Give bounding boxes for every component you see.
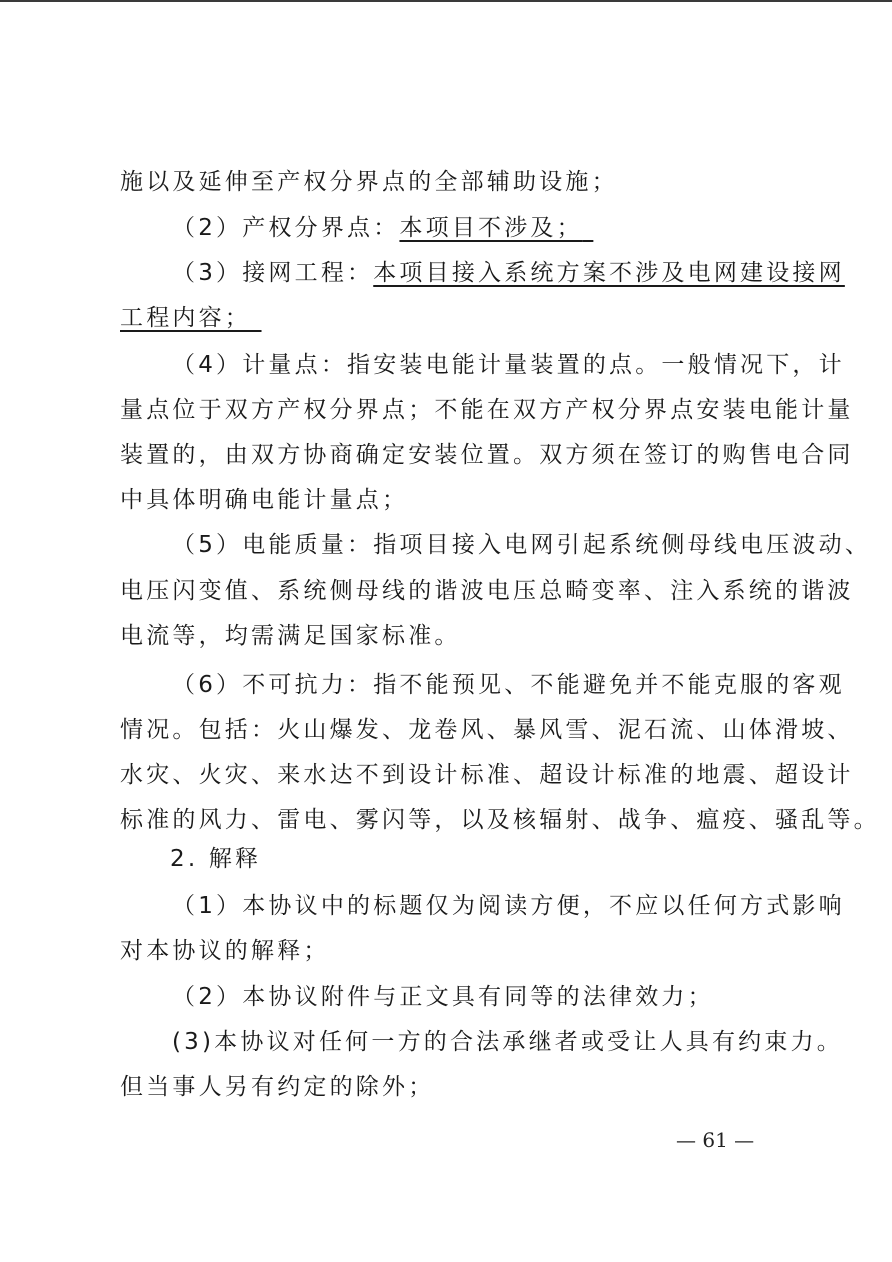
definition-grid-connection: （3）接网工程：本项目接入系统方案不涉及电网建设接网 [172, 253, 845, 293]
interpretation-item-3: (3)本协议对任何一方的合法承继者或受让人具有约束力。 [172, 1022, 843, 1062]
text: 量点位于双方产权分界点；不能在双方产权分界点安装电能计量 [120, 397, 854, 423]
paragraph-line: 电流等，均需满足国家标准。 [120, 616, 461, 656]
text: 电压闪变值、系统侧母线的谐波电压总畸变率、注入系统的谐波 [120, 578, 854, 604]
text: （4）计量点：指安装电能计量装置的点。一般情况下，计 [172, 352, 845, 378]
paragraph-line: 电压闪变值、系统侧母线的谐波电压总畸变率、注入系统的谐波 [120, 571, 854, 611]
paragraph-line: 施以及延伸至产权分界点的全部辅助设施； [120, 162, 618, 202]
filled-blank-value: 本项目不涉及； [399, 215, 582, 241]
blank-underline-padding [251, 305, 262, 331]
text: 中具体明确电能计量点； [120, 487, 408, 513]
text: （5）电能质量：指项目接入电网引起系统侧母线电压波动、 [172, 532, 871, 558]
text: 施以及延伸至产权分界点的全部辅助设施； [120, 169, 618, 195]
paragraph-line: 对本协议的解释； [120, 931, 330, 971]
section-heading-interpretation: 2. 解释 [170, 839, 261, 879]
definition-power-quality: （5）电能质量：指项目接入电网引起系统侧母线电压波动、 [172, 525, 871, 565]
definition-term: （2）产权分界点： [172, 215, 399, 241]
text: 电流等，均需满足国家标准。 [120, 623, 461, 649]
definition-metering-point: （4）计量点：指安装电能计量装置的点。一般情况下，计 [172, 345, 845, 385]
paragraph-line: 标准的风力、雷电、雾闪等，以及核辐射、战争、瘟疫、骚乱等。 [120, 800, 880, 840]
text: (3)本协议对任何一方的合法承继者或受让人具有约束力。 [172, 1029, 843, 1055]
filled-blank-value: 工程内容； [120, 305, 251, 331]
text: 标准的风力、雷电、雾闪等，以及核辐射、战争、瘟疫、骚乱等。 [120, 807, 880, 833]
interpretation-item-2: （2）本协议附件与正文具有同等的法律效力； [172, 977, 714, 1017]
paragraph-line: 水灾、火灾、来水达不到设计标准、超设计标准的地震、超设计 [120, 755, 854, 795]
paragraph-line: 装置的，由双方协商确定安装位置。双方须在签订的购售电合同 [120, 435, 854, 475]
text: （1）本协议中的标题仅为阅读方便，不应以任何方式影响 [172, 893, 845, 919]
heading-text: 2. 解释 [170, 846, 261, 872]
blank-underline-padding [583, 215, 594, 241]
text: 对本协议的解释； [120, 938, 330, 964]
text: 情况。包括：火山爆发、龙卷风、暴风雪、泥石流、山体滑坡、 [120, 717, 854, 743]
filled-blank-value: 本项目接入系统方案不涉及电网建设接网 [373, 260, 845, 286]
paragraph-line: 量点位于双方产权分界点；不能在双方产权分界点安装电能计量 [120, 390, 854, 430]
definition-property-boundary: （2）产权分界点：本项目不涉及； [172, 208, 593, 248]
interpretation-item-1: （1）本协议中的标题仅为阅读方便，不应以任何方式影响 [172, 886, 845, 926]
definition-term: （3）接网工程： [172, 260, 373, 286]
text: 装置的，由双方协商确定安装位置。双方须在签订的购售电合同 [120, 442, 854, 468]
page-number: — 61 — [676, 1128, 754, 1152]
paragraph-line: 但当事人另有约定的除外； [120, 1067, 434, 1107]
paragraph-line: 中具体明确电能计量点； [120, 480, 408, 520]
top-border-rule [0, 0, 892, 2]
text: 水灾、火灾、来水达不到设计标准、超设计标准的地震、超设计 [120, 762, 854, 788]
paragraph-line: 情况。包括：火山爆发、龙卷风、暴风雪、泥石流、山体滑坡、 [120, 710, 854, 750]
definition-grid-connection-cont: 工程内容； [120, 298, 262, 338]
text: （2）本协议附件与正文具有同等的法律效力； [172, 984, 714, 1010]
definition-force-majeure: （6）不可抗力：指不能预见、不能避免并不能克服的客观 [172, 665, 845, 705]
text: （6）不可抗力：指不能预见、不能避免并不能克服的客观 [172, 672, 845, 698]
text: 但当事人另有约定的除外； [120, 1074, 434, 1100]
